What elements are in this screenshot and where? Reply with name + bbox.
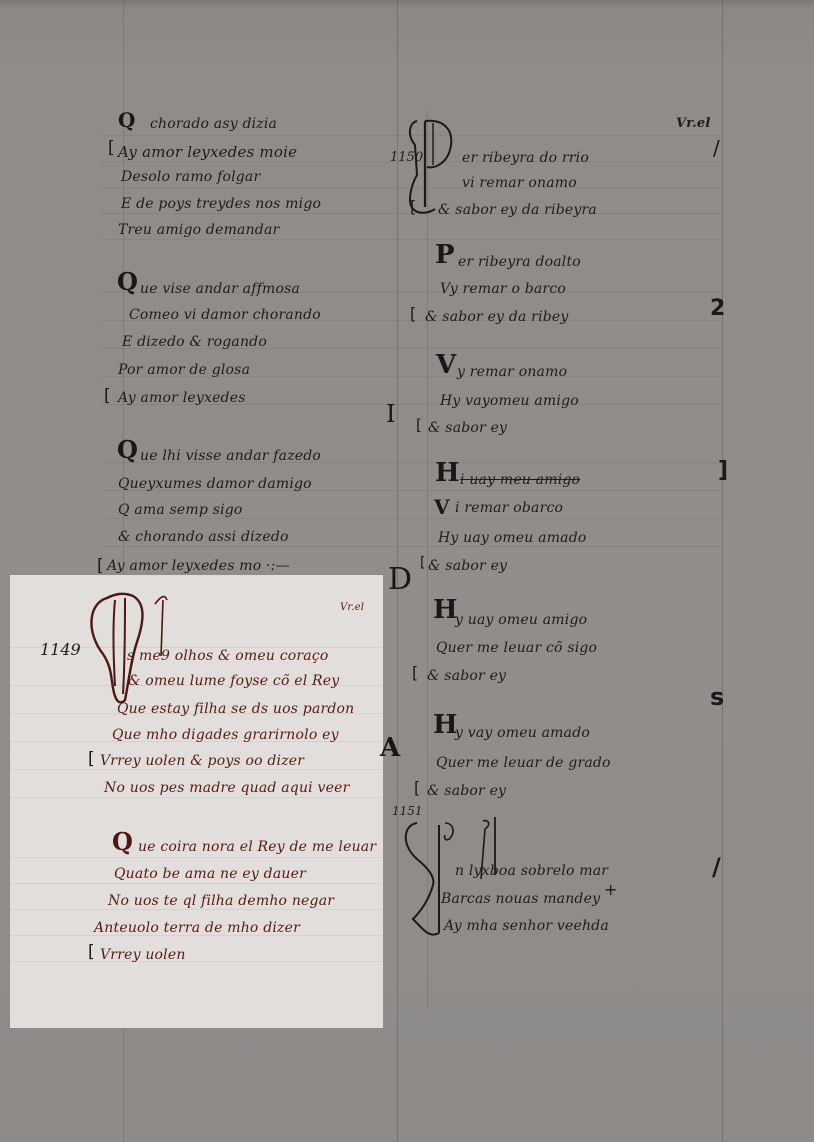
initial-letter: Q: [117, 270, 138, 294]
paragraph-marker: [: [416, 418, 422, 433]
verse-line: s me9 olhos & omeu coraço: [127, 648, 329, 664]
verse-line: Que mho digades grarirnolo ey: [112, 727, 339, 743]
verse-line: & omeu lume foyse cõ el Rey: [128, 673, 339, 689]
initial-letter: Q: [112, 830, 133, 854]
paragraph-marker: [: [88, 944, 95, 961]
verse-line: chorado asy dizia: [150, 116, 277, 132]
verse-line: er ribeyra doalto: [458, 254, 581, 270]
verse-line: Hy vayomeu amigo: [440, 393, 579, 409]
paragraph-marker: [: [88, 751, 95, 768]
paragraph-marker: [: [414, 780, 420, 796]
verse-line: Barcas nouas mandey: [441, 891, 600, 907]
gutter-letter: A: [380, 735, 400, 761]
margin-s-mark: s: [710, 685, 724, 709]
verse-line: ue coira nora el Rey de me leuar: [138, 839, 376, 855]
verse-line: Vrrey uolen & poys oo dizer: [100, 753, 304, 769]
initial-letter: Q: [118, 110, 135, 130]
initial-letter: H: [435, 460, 460, 486]
initial-letter: P: [435, 242, 455, 268]
paragraph-marker: [: [108, 140, 115, 157]
verse-line: Quato be ama ne ey dauer: [114, 866, 306, 882]
verse-line: y remar onamo: [457, 364, 567, 380]
paragraph-marker: [: [104, 388, 111, 405]
verse-line: Anteuolo terra de mho dizer: [94, 920, 300, 936]
verse-line: n lyxboa sobrelo mar: [455, 863, 608, 879]
ruling-line: [10, 961, 383, 962]
verse-line: vi remar onamo: [462, 175, 577, 191]
verse-line: Comeo vi damor chorando: [129, 307, 321, 323]
verse-line: & chorando assi dizedo: [118, 529, 289, 545]
verse-line: & sabor ey: [428, 420, 507, 436]
verse-line: er ribeyra do rrio: [462, 150, 589, 166]
initial-letter: Q: [117, 438, 138, 462]
ruling-line: [10, 909, 383, 910]
verse-line: No uos te ql filha demho negar: [108, 893, 334, 909]
verse-line: Treu amigo demandar: [118, 222, 279, 238]
verse-line: y vay omeu amado: [455, 725, 590, 741]
verse-line: & sabor ey da ribeyra: [438, 202, 597, 218]
verse-line: Quer me leuar cõ sigo: [436, 640, 597, 656]
paragraph-marker: [: [412, 665, 418, 681]
paragraph-marker: [: [410, 199, 416, 215]
column-rule-right: [722, 0, 723, 1142]
gutter-letter: I: [386, 402, 395, 426]
verse-line: Hy uay omeu amado: [438, 530, 587, 546]
verse-line: Por amor de glosa: [118, 362, 250, 378]
verse-line: E dizedo & rogando: [122, 334, 267, 350]
margin-note-top: Vr.el: [676, 116, 710, 131]
verse-line: Vy remar o barco: [440, 281, 566, 297]
verse-line: Ay amor leyxedes mo ·:—: [107, 558, 290, 574]
verse-line: No uos pes madre quad aqui veer: [104, 780, 349, 796]
verse-line: Queyxumes damor damigo: [118, 476, 312, 492]
verse-line: ue lhi visse andar fazedo: [140, 448, 321, 464]
ruling-line: [10, 883, 383, 884]
initial-letter: H: [433, 597, 458, 623]
verse-line: Ay amor leyxedes moie: [118, 143, 297, 161]
verse-line: ue vise andar affmosa: [140, 281, 300, 297]
ruling-line: [10, 769, 383, 770]
verse-line: & sabor ey da ribey: [425, 309, 569, 325]
verse-line: Quer me leuar de grado: [436, 755, 611, 771]
ruling-line: [100, 518, 720, 519]
margin-note: Vr.el: [340, 602, 364, 613]
manuscript-page: Q chorado asy dizia [ Ay amor leyxedes m…: [0, 0, 814, 1142]
cross-mark: +: [604, 882, 617, 898]
verse-line: Que estay filha se ds uos pardon: [117, 701, 354, 717]
paragraph-marker: [: [420, 556, 425, 570]
initial-letter: V: [436, 352, 456, 378]
margin-slash-mark: /: [712, 855, 721, 879]
ruling-line: [10, 797, 383, 798]
verse-line: Vrrey uolen: [100, 947, 186, 963]
verse-line: Ay mha senhor veehda: [444, 918, 609, 934]
struck-verse-line: i uay meu amigo: [460, 472, 580, 488]
poem-number: 1149: [40, 640, 81, 659]
paragraph-marker: [: [410, 306, 416, 322]
verse-line: y uay omeu amigo: [455, 612, 587, 628]
ruling-line: [10, 857, 383, 858]
verse-line: Desolo ramo folgar: [121, 169, 260, 185]
margin-slash-mark: /: [713, 138, 720, 158]
margin-mark: 2: [710, 298, 725, 320]
initial-letter: V: [434, 497, 450, 517]
paragraph-marker: [: [97, 558, 104, 575]
verse-line: & sabor ey: [427, 668, 506, 684]
verse-line: & sabor ey: [428, 558, 507, 574]
verse-line: E de poys treydes nos migo: [121, 196, 321, 212]
verse-line: i remar obarco: [455, 500, 563, 516]
verse-line: Ay amor leyxedes: [118, 390, 246, 406]
margin-bracket-mark: ]: [718, 460, 728, 482]
verse-line: Q ama semp sigo: [118, 502, 243, 518]
gutter-letter: D: [388, 565, 412, 595]
initial-letter: H: [433, 712, 458, 738]
ruling-line: [100, 239, 720, 240]
verse-line: & sabor ey: [427, 783, 506, 799]
ruling-line: [100, 546, 720, 547]
